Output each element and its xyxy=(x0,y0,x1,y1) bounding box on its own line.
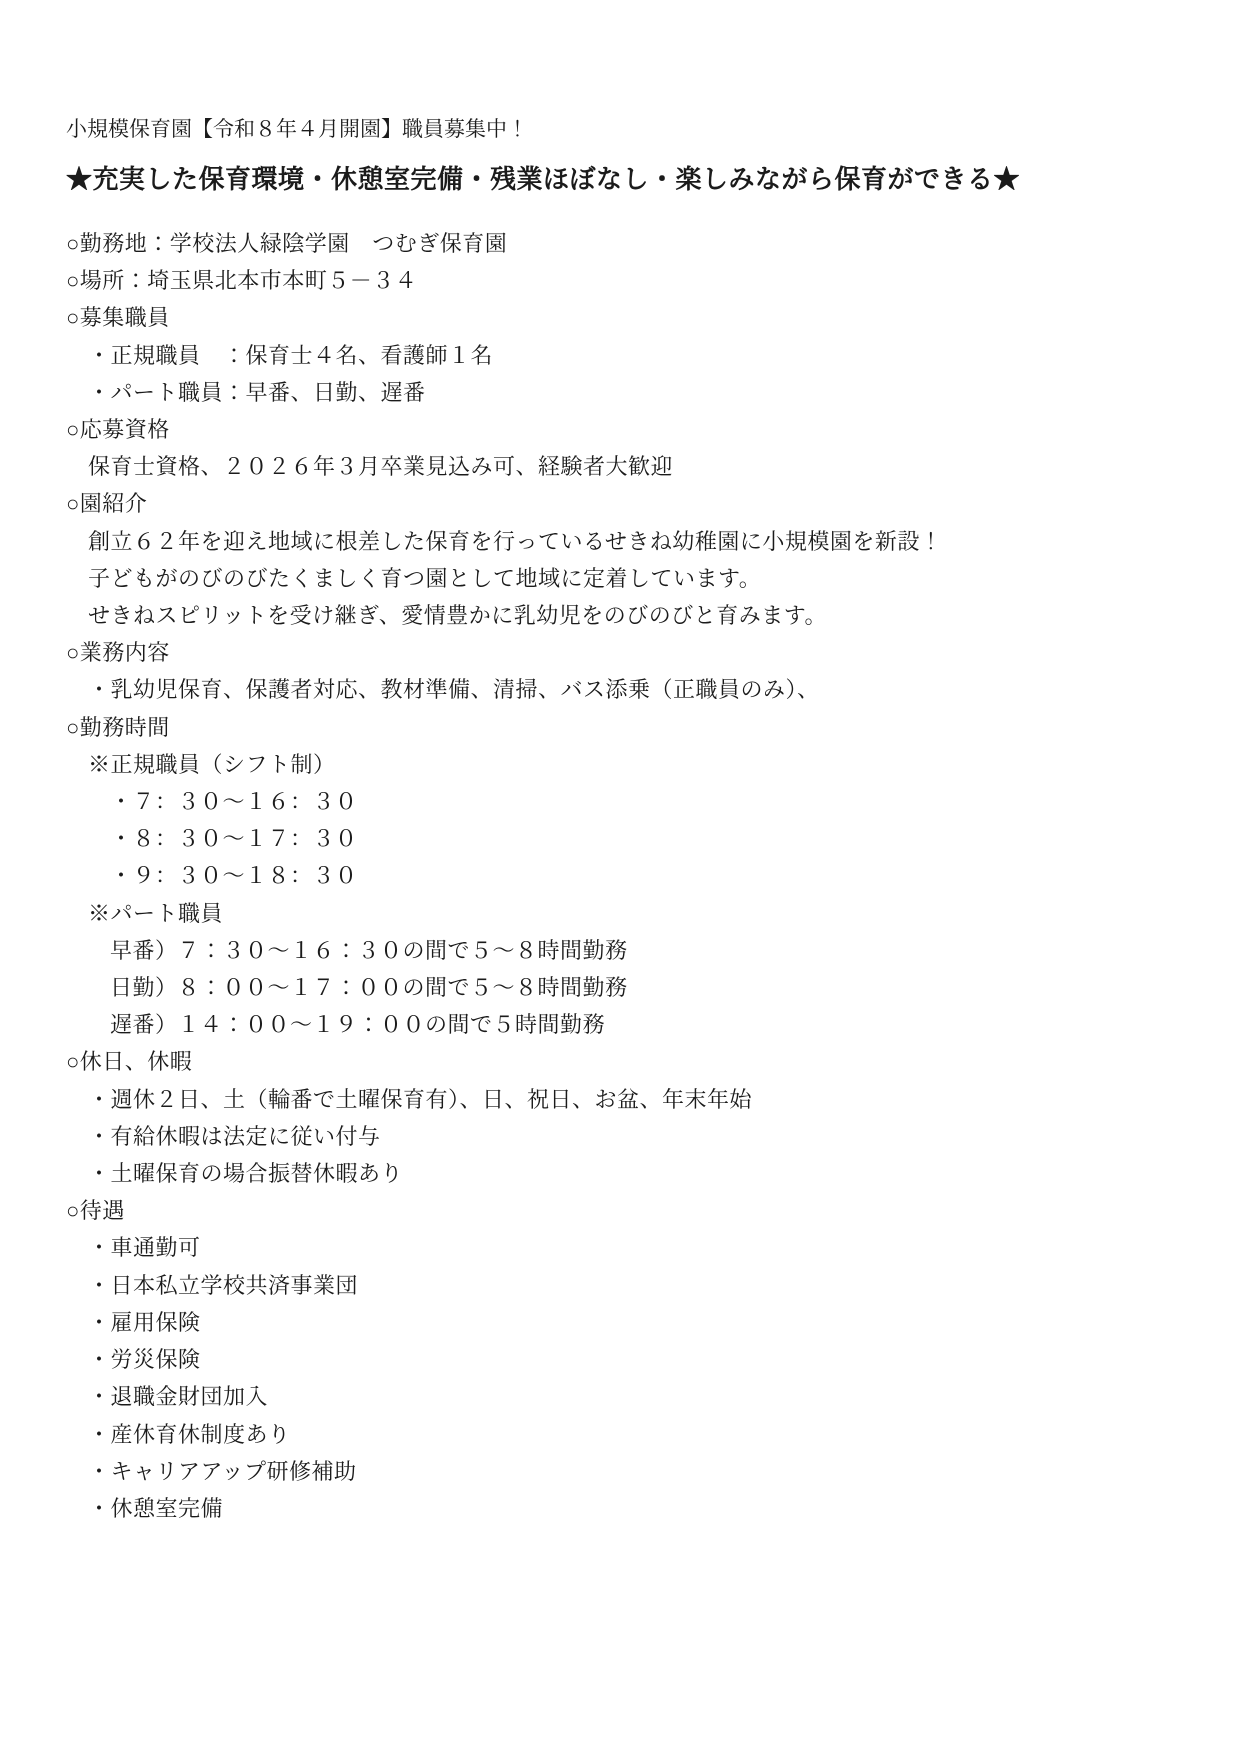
text-line: 遅番）１４：００～１９：００の間で５時間勤務 xyxy=(66,1006,1181,1043)
text-line: 創立６２年を迎え地域に根差した保育を行っているせきね幼稚園に小規模園を新設！ xyxy=(66,523,1181,560)
document-body: ○勤務地：学校法人緑陰学園 つむぎ保育園○場所：埼玉県北本市本町５－３４○募集職… xyxy=(66,225,1181,1527)
text-line: ○待遇 xyxy=(66,1192,1181,1229)
text-line: ・乳幼児保育、保護者対応、教材準備、清掃、バス添乗（正職員のみ）、 xyxy=(66,671,1181,708)
text-line: ・週休２日、土（輪番で土曜保育有）、日、祝日、お盆、年末年始 xyxy=(66,1081,1181,1118)
text-line: ※パート職員 xyxy=(66,895,1181,932)
text-line: ・労災保険 xyxy=(66,1341,1181,1378)
document-headline: ★充実した保育環境・休憩室完備・残業ほぼなし・楽しみながら保育ができる★ xyxy=(66,159,1181,201)
text-line: せきねスピリットを受け継ぎ、愛情豊かに乳幼児をのびのびと育みます。 xyxy=(66,597,1181,634)
text-line: 日勤）８：００～１７：００の間で５～８時間勤務 xyxy=(66,969,1181,1006)
document-intro-line: 小規模保育園【令和８年４月開園】職員募集中！ xyxy=(66,116,1181,143)
text-line: 子どもがのびのびたくましく育つ園として地域に定着しています。 xyxy=(66,560,1181,597)
text-line: ・キャリアアップ研修補助 xyxy=(66,1453,1181,1490)
text-line: ※正規職員（シフト制） xyxy=(66,746,1181,783)
text-line: 保育士資格、２０２６年３月卒業見込み可、経験者大歓迎 xyxy=(66,448,1181,485)
text-line: ・パート職員：早番、日勤、遅番 xyxy=(66,374,1181,411)
text-line: ・土曜保育の場合振替休暇あり xyxy=(66,1155,1181,1192)
document-page: 小規模保育園【令和８年４月開園】職員募集中！ ★充実した保育環境・休憩室完備・残… xyxy=(0,0,1241,1755)
text-line: ○業務内容 xyxy=(66,634,1181,671)
text-line: ・退職金財団加入 xyxy=(66,1378,1181,1415)
text-line: ・７：３０～１６：３０ xyxy=(66,783,1181,820)
text-line: 早番）７：３０～１６：３０の間で５～８時間勤務 xyxy=(66,932,1181,969)
text-line: ・雇用保険 xyxy=(66,1304,1181,1341)
text-line: ○勤務時間 xyxy=(66,709,1181,746)
text-line: ○応募資格 xyxy=(66,411,1181,448)
text-line: ○募集職員 xyxy=(66,299,1181,336)
text-line: ○場所：埼玉県北本市本町５－３４ xyxy=(66,262,1181,299)
text-line: ・９：３０～１８：３０ xyxy=(66,857,1181,894)
text-line: ・有給休暇は法定に従い付与 xyxy=(66,1118,1181,1155)
text-line: ・車通勤可 xyxy=(66,1229,1181,1266)
text-line: ○園紹介 xyxy=(66,485,1181,522)
text-line: ・休憩室完備 xyxy=(66,1490,1181,1527)
text-line: ○勤務地：学校法人緑陰学園 つむぎ保育園 xyxy=(66,225,1181,262)
text-line: ・産休育休制度あり xyxy=(66,1416,1181,1453)
text-line: ・正規職員 ：保育士４名、看護師１名 xyxy=(66,337,1181,374)
text-line: ・日本私立学校共済事業団 xyxy=(66,1267,1181,1304)
text-line: ○休日、休暇 xyxy=(66,1043,1181,1080)
text-line: ・８：３０～１７：３０ xyxy=(66,820,1181,857)
